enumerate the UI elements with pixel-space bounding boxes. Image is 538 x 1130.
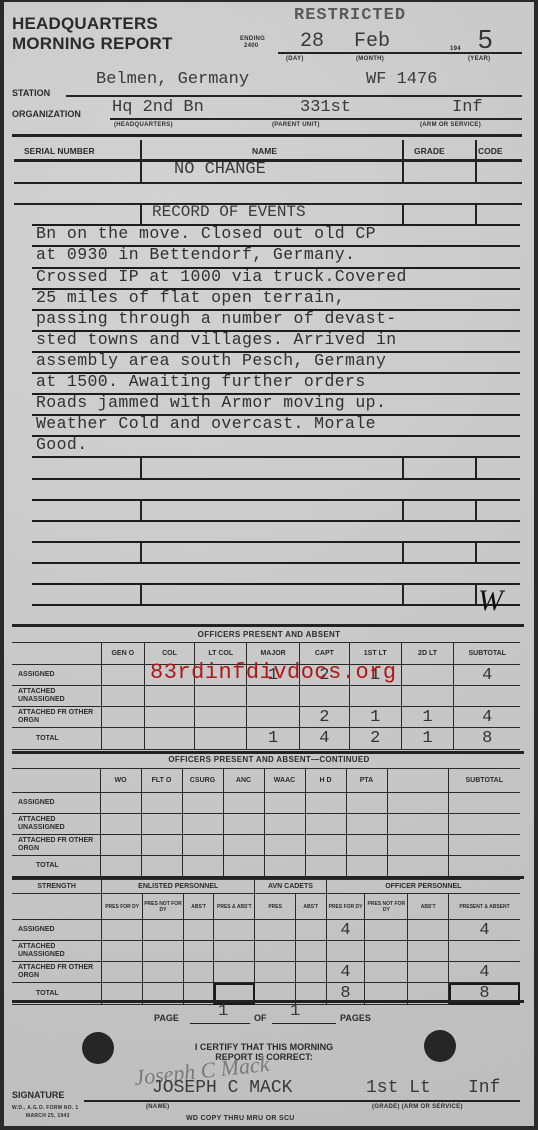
cell [247, 686, 300, 707]
officers-col-subtotal: SUBTOTAL [454, 643, 520, 665]
col-serial-number: SERIAL NUMBER [24, 146, 95, 156]
cell [195, 686, 247, 707]
col-code: CODE [478, 146, 503, 156]
total-pages: 1 [290, 1002, 300, 1021]
cell: 4 [449, 962, 520, 983]
cell [101, 686, 144, 707]
cont-col-waac: WAAC [264, 769, 305, 793]
signer-arm: Inf [468, 1078, 500, 1098]
row-label: ASSIGNED [12, 920, 102, 941]
title-line-1: HEADQUARTERS [12, 14, 173, 34]
cell [101, 728, 144, 750]
col-off-pres-not-for-dy: PRES NOT FOR DY [365, 894, 408, 920]
cell [144, 707, 195, 728]
officers-row-total: TOTAL 1 4 2 1 8 [12, 728, 520, 750]
cont-col-hd: H D [305, 769, 346, 793]
strength-row-attached-unassigned: ATTACHED UNASSIGNED [12, 941, 520, 962]
cont-col-blank-2 [387, 769, 448, 793]
cell: 8 [454, 728, 520, 750]
cont-col-pta: PTA [346, 769, 387, 793]
form-number: W.D., A.G.O. FORM NO. 1 MARCH 25, 1943 [12, 1104, 78, 1120]
ending-label-1: ENDING [240, 36, 265, 43]
row-label: ATTACHED FR OTHER ORGN [12, 835, 100, 856]
strength-table: STRENGTH ENLISTED PERSONNEL AVN CADETS O… [12, 879, 520, 1005]
cont-col-wo: WO [100, 769, 141, 793]
record-of-events-heading: RECORD OF EVENTS [152, 203, 306, 221]
form-title: HEADQUARTERS MORNING REPORT [12, 14, 173, 54]
classification-stamp: RESTRICTED [294, 6, 406, 25]
hq-caption: (HEADQUARTERS) [114, 122, 173, 128]
cell: 2 [349, 728, 401, 750]
col-off-pres-for-dy: PRES FOR DY [326, 894, 365, 920]
form-number-line-1: W.D., A.G.O. FORM NO. 1 [12, 1104, 78, 1112]
officers-continued-title: OFFICERS PRESENT AND ABSENT—CONTINUED [4, 755, 534, 764]
event-line-10: Weather Cold and overcast. Morale [36, 414, 376, 433]
cell: 4 [454, 707, 520, 728]
group-avn-cadets: AVN CADETS [255, 880, 326, 894]
arm-caption: (ARM OR SERVICE) [420, 122, 481, 128]
col-cadet-abst: ABS'T [296, 894, 327, 920]
col-pres-for-dy: PRES FOR DY [102, 894, 143, 920]
cell [401, 686, 454, 707]
row-label: TOTAL [12, 856, 100, 877]
strength-row-attached-other-orgn: ATTACHED FR OTHER ORGN 4 4 [12, 962, 520, 983]
cell: 4 [326, 962, 365, 983]
cell [454, 686, 520, 707]
org-parent-unit: 331st [300, 98, 351, 117]
col-abst: ABS'T [183, 894, 214, 920]
row-label: ASSIGNED [12, 793, 100, 814]
month-caption: (MONTH) [356, 56, 384, 62]
grade-caption: (GRADE) (ARM OR SERVICE) [372, 1104, 463, 1110]
binder-hole-right [424, 1030, 456, 1062]
cell [300, 686, 350, 707]
cell [247, 707, 300, 728]
cell: 1 [401, 707, 454, 728]
station-value: Belmen, Germany [96, 70, 249, 89]
ending-label-2: 2400 [240, 43, 265, 50]
event-line-4: 25 miles of flat open terrain, [36, 288, 345, 307]
of-label: OF [254, 1013, 267, 1023]
officers-col-gen-o: GEN O [101, 643, 144, 665]
cont-col-flt-o: FLT O [141, 769, 182, 793]
cell [401, 665, 454, 686]
handwritten-margin-mark: W [478, 584, 503, 618]
signer-grade: 1st Lt [366, 1078, 431, 1098]
event-line-9: Roads jammed with Armor moving up. [36, 393, 386, 412]
col-pres-not-for-dy: PRES NOT FOR DY [143, 894, 184, 920]
cell: 1 [247, 728, 300, 750]
row-label: ATTACHED FR OTHER ORGN [12, 962, 102, 983]
cell [144, 728, 195, 750]
cell: 4 [454, 665, 520, 686]
year-prefix: 194 [450, 46, 461, 52]
event-line-6: sted towns and villages. Arrived in [36, 330, 397, 349]
cell: 4 [449, 920, 520, 941]
row-label: TOTAL [12, 728, 101, 750]
row-label: ATTACHED UNASSIGNED [12, 814, 100, 835]
cell: 1 [349, 707, 401, 728]
form-number-line-2: MARCH 25, 1943 [12, 1112, 78, 1120]
signer-name: JOSEPH C MACK [152, 1078, 292, 1098]
event-line-8: at 1500. Awaiting further orders [36, 372, 366, 391]
org-arm: Inf [452, 98, 483, 117]
row-label: ATTACHED UNASSIGNED [12, 941, 102, 962]
cell [349, 686, 401, 707]
page-label: PAGE [154, 1013, 179, 1023]
station-label: STATION [12, 88, 50, 98]
report-month: Feb [354, 30, 390, 53]
signature-label: SIGNATURE [12, 1090, 64, 1100]
cell [101, 665, 144, 686]
officers-continued-table: WO FLT O CSURG ANC WAAC H D PTA SUBTOTAL… [12, 768, 520, 877]
binder-hole-left [82, 1032, 114, 1064]
cell [195, 728, 247, 750]
strength-row-assigned: ASSIGNED 4 4 [12, 920, 520, 941]
col-off-abst: ABS'T [408, 894, 449, 920]
group-officer-personnel: OFFICER PERSONNEL [326, 880, 520, 894]
cont-col-subtotal: SUBTOTAL [448, 769, 520, 793]
cell: 4 [300, 728, 350, 750]
org-headquarters: Hq 2nd Bn [112, 98, 204, 117]
cell: 1 [401, 728, 454, 750]
cont-col-blank [12, 769, 100, 793]
cont-col-anc: ANC [223, 769, 264, 793]
page-number: 1 [218, 1002, 228, 1021]
officers-col-2d-lt: 2D LT [401, 643, 454, 665]
event-line-2: at 0930 in Bettendorf, Germany. [36, 245, 355, 264]
cell [195, 707, 247, 728]
strength-label: STRENGTH [12, 880, 102, 894]
parent-caption: (PARENT UNIT) [272, 122, 320, 128]
row-label: ATTACHED FR OTHER ORGN [12, 707, 101, 728]
day-caption: (DAY) [286, 56, 304, 62]
organization-label: ORGANIZATION [12, 109, 81, 119]
year-caption: (YEAR) [468, 56, 490, 62]
event-line-3: Crossed IP at 1000 via truck.Covered [36, 267, 407, 286]
col-off-present-absent: PRESENT & ABSENT [449, 894, 520, 920]
event-line-7: assembly area south Pesch, Germany [36, 351, 386, 370]
officers-section-title: OFFICERS PRESENT AND ABSENT [4, 630, 534, 639]
cell [144, 686, 195, 707]
cell [101, 707, 144, 728]
row-label: ATTACHED UNASSIGNED [12, 686, 101, 707]
report-day: 28 [300, 30, 324, 53]
cont-row-total: TOTAL [12, 856, 520, 877]
cont-row-attached-other-orgn: ATTACHED FR OTHER ORGN [12, 835, 520, 856]
morning-report-form: HEADQUARTERS MORNING REPORT RESTRICTED E… [4, 2, 534, 1126]
ending-label: ENDING 2400 [240, 36, 265, 50]
cont-row-attached-unassigned: ATTACHED UNASSIGNED [12, 814, 520, 835]
cell: 4 [326, 920, 365, 941]
col-grade: GRADE [414, 146, 445, 156]
website-watermark: 83rdinfdivdocs.org [150, 660, 397, 685]
copy-note: WD COPY THRU MRU OR SCU [186, 1115, 295, 1122]
officers-table: GEN O COL LT COL MAJOR CAPT 1ST LT 2D LT… [12, 642, 520, 750]
event-line-1: Bn on the move. Closed out old CP [36, 224, 376, 243]
event-line-5: passing through a number of devast- [36, 309, 397, 328]
cont-col-csurg: CSURG [182, 769, 223, 793]
officers-row-attached-unassigned: ATTACHED UNASSIGNED [12, 686, 520, 707]
col-cadet-pres: PRES [255, 894, 296, 920]
officers-col-blank [12, 643, 101, 665]
event-line-11: Good. [36, 435, 88, 454]
title-line-2: MORNING REPORT [12, 34, 173, 54]
pages-label: PAGES [340, 1013, 371, 1023]
cont-row-assigned: ASSIGNED [12, 793, 520, 814]
group-enlisted-personnel: ENLISTED PERSONNEL [102, 880, 255, 894]
grid-reference: WF 1476 [366, 70, 437, 89]
col-name: NAME [252, 146, 277, 156]
report-year-digit: 5 [478, 24, 492, 55]
row-label: ASSIGNED [12, 665, 101, 686]
officers-row-attached-other-orgn: ATTACHED FR OTHER ORGN 2 1 1 4 [12, 707, 520, 728]
col-pres-and-abst: PRES & ABS'T [214, 894, 255, 920]
roster-name-entry: NO CHANGE [174, 160, 266, 179]
cell: 2 [300, 707, 350, 728]
name-caption: (NAME) [146, 1104, 169, 1110]
